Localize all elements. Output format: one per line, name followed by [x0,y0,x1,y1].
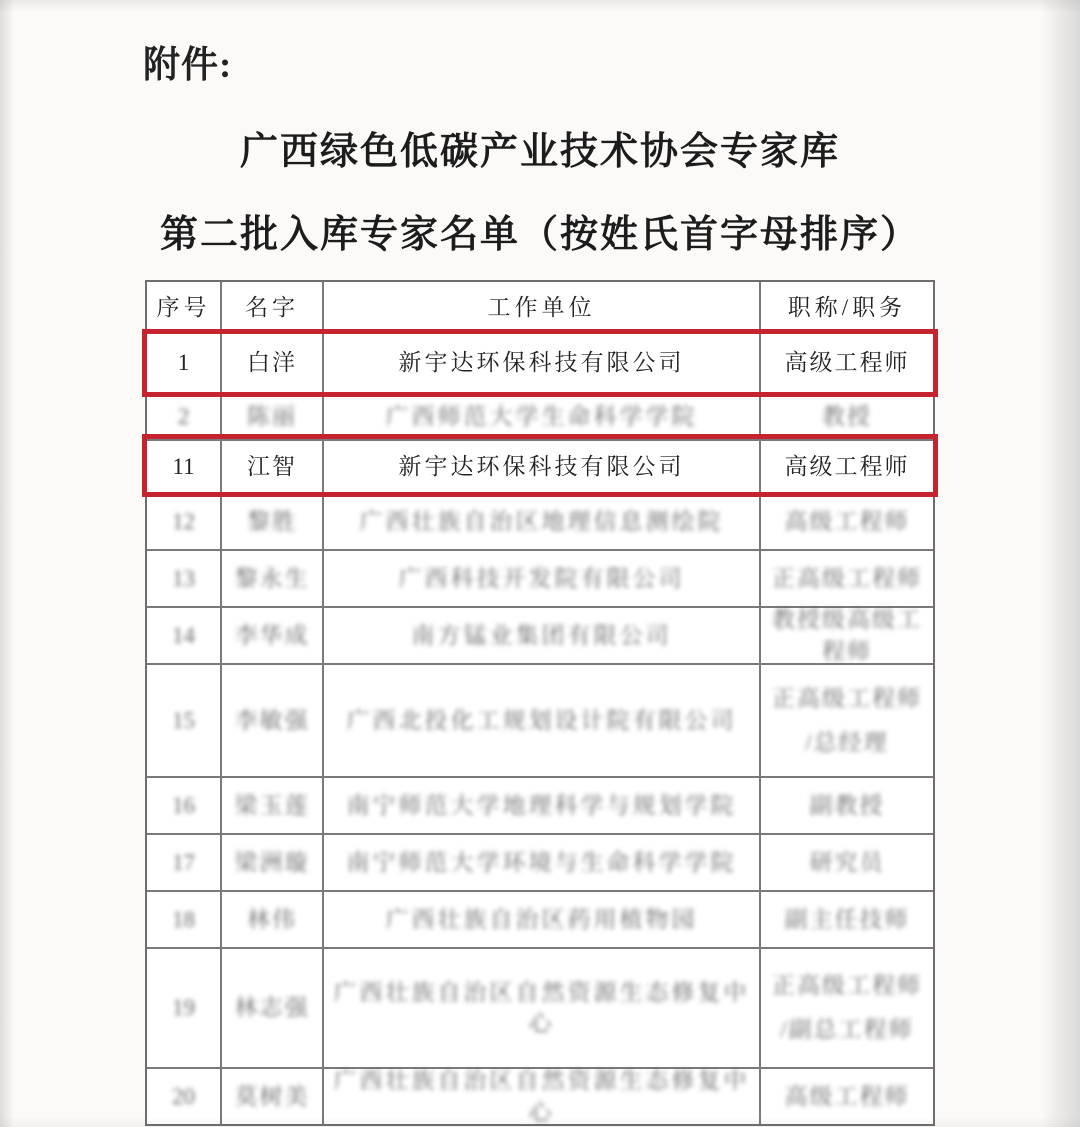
job-title-line: /总经理 [805,721,888,765]
serial-number: 19 [172,992,195,1023]
header-label: 名字 [245,292,299,323]
job-title-line: 正高级工程师 [772,964,922,1008]
work-unit: 广西师范大学生命科学学院 [386,401,698,432]
cell-job-title: 高级工程师 [759,441,933,492]
cell-expert-name: 黎胜 [220,494,322,549]
cell-work-unit: 广西北投化工规划设计院有限公司 [322,665,759,776]
cell-work-unit: 新宇达环保科技有限公司 [322,334,759,392]
cell-work-unit: 南方锰业集团有限公司 [322,608,759,663]
cell-job-title: 副主任技师 [759,892,933,947]
job-title-line: 教授级高级工程师 [765,604,929,666]
cell-expert-name: 李华成 [220,608,322,663]
table-row: 17梁洲璇南宁师范大学环境与生命科学学院研究员 [147,833,933,890]
cell-expert-name: 梁玉莲 [220,778,322,833]
serial-number: 16 [172,790,195,821]
table-row: 18林伟广西壮族自治区药用植物园副主任技师 [147,890,933,947]
header-cell-no: 序号 [147,282,220,334]
expert-name: 梁洲璇 [235,847,310,878]
cell-job-title: 正高级工程师/总经理 [759,665,933,776]
cell-work-unit: 南宁师范大学地理科学与规划学院 [322,778,759,833]
job-title-line: 教授 [822,401,872,432]
work-unit: 新宇达环保科技有限公司 [399,347,685,378]
expert-name: 李敏强 [235,705,310,736]
work-unit: 广西科技开发院有限公司 [399,563,685,594]
job-title-line: 研究员 [810,847,885,878]
cell-job-title: 教授级高级工程师 [759,608,933,663]
table-row: 1白洋新宇达环保科技有限公司高级工程师 [147,334,933,392]
job-title-line: 副主任技师 [785,904,910,935]
cell-expert-name: 陈丽 [220,394,322,439]
cell-job-title: 正高级工程师 [759,551,933,606]
cell-expert-name: 李敏强 [220,665,322,776]
cell-job-title: 高级工程师 [759,334,933,392]
cell-work-unit: 广西壮族自治区地理信息测绘院 [322,494,759,549]
expert-name: 林志强 [235,992,310,1023]
work-unit: 南宁师范大学环境与生命科学学院 [347,847,737,878]
cell-expert-name: 林伟 [220,892,322,947]
header-label: 职称/职务 [788,292,906,323]
cell-expert-name: 江智 [220,441,322,492]
serial-number: 18 [172,904,195,935]
cell-work-unit: 南宁师范大学环境与生命科学学院 [322,835,759,890]
cell-job-title: 研究员 [759,835,933,890]
serial-number: 17 [172,847,195,878]
cell-serial-number: 2 [147,394,220,439]
serial-number: 11 [172,451,194,482]
header-cell-title: 职称/职务 [759,282,933,334]
cell-serial-number: 13 [147,551,220,606]
cell-work-unit: 新宇达环保科技有限公司 [322,441,759,492]
expert-name: 梁玉莲 [235,790,310,821]
expert-name: 白洋 [247,347,297,378]
expert-name: 莫树美 [235,1081,310,1112]
serial-number: 13 [172,563,195,594]
cell-serial-number: 14 [147,608,220,663]
job-title-line: 副教授 [810,790,885,821]
job-title-line: 高级工程师 [785,451,910,482]
cell-serial-number: 15 [147,665,220,776]
cell-serial-number: 16 [147,778,220,833]
expert-name: 江智 [247,451,297,482]
cell-work-unit: 广西师范大学生命科学学院 [322,394,759,439]
work-unit: 广西壮族自治区自然资源生态修复中心 [328,1065,755,1127]
attachment-label: 附件: [143,34,232,88]
cell-serial-number: 11 [147,441,220,492]
serial-number: 1 [178,347,190,378]
work-unit: 广西壮族自治区自然资源生态修复中心 [328,977,755,1039]
header-cell-unit: 工作单位 [322,282,759,334]
table-row: 16梁玉莲南宁师范大学地理科学与规划学院副教授 [147,776,933,833]
serial-number: 15 [172,705,195,736]
work-unit: 广西北投化工规划设计院有限公司 [347,705,737,736]
job-title-line: 正高级工程师 [772,563,922,594]
table-row: 15李敏强广西北投化工规划设计院有限公司正高级工程师/总经理 [147,663,933,776]
table-row: 20莫树美广西壮族自治区自然资源生态修复中心高级工程师 [147,1067,933,1124]
cell-expert-name: 莫树美 [220,1069,322,1124]
job-title-line: 高级工程师 [785,506,910,537]
job-title-line: 高级工程师 [785,347,910,378]
table-row: 19林志强广西壮族自治区自然资源生态修复中心正高级工程师/副总工程师 [147,947,933,1067]
cell-job-title: 高级工程师 [759,1069,933,1124]
document-page: 附件: 广西绿色低碳产业技术协会专家库 第二批入库专家名单（按姓氏首字母排序） … [0,0,1080,1127]
header-label: 序号 [157,292,211,323]
serial-number: 14 [172,620,195,651]
table-row: 13黎永生广西科技开发院有限公司正高级工程师 [147,549,933,606]
job-title-line: /副总工程师 [780,1008,913,1052]
work-unit: 南宁师范大学地理科学与规划学院 [347,790,737,821]
cell-expert-name: 林志强 [220,949,322,1067]
table-row: 12黎胜广西壮族自治区地理信息测绘院高级工程师 [147,492,933,549]
header-label: 工作单位 [488,292,596,323]
table-header-row: 序号 名字 工作单位 职称/职务 [147,282,933,334]
header-cell-name: 名字 [220,282,322,334]
cell-expert-name: 梁洲璇 [220,835,322,890]
expert-name: 黎胜 [247,506,297,537]
serial-number: 12 [172,506,195,537]
expert-table: 序号 名字 工作单位 职称/职务 1白洋新宇达环保科技有限公司高级工程师2陈丽广… [145,280,935,1126]
cell-serial-number: 1 [147,334,220,392]
cell-serial-number: 18 [147,892,220,947]
cell-work-unit: 广西壮族自治区自然资源生态修复中心 [322,949,759,1067]
cell-job-title: 教授 [759,394,933,439]
table-row: 14李华成南方锰业集团有限公司教授级高级工程师 [147,606,933,663]
cell-job-title: 副教授 [759,778,933,833]
expert-name: 李华成 [235,620,310,651]
work-unit: 广西壮族自治区地理信息测绘院 [360,506,724,537]
cell-expert-name: 白洋 [220,334,322,392]
expert-name: 陈丽 [247,401,297,432]
cell-serial-number: 17 [147,835,220,890]
cell-work-unit: 广西壮族自治区自然资源生态修复中心 [322,1069,759,1124]
work-unit: 广西壮族自治区药用植物园 [386,904,698,935]
cell-job-title: 正高级工程师/副总工程师 [759,949,933,1067]
expert-name: 林伟 [247,904,297,935]
work-unit: 南方锰业集团有限公司 [412,620,672,651]
cell-serial-number: 20 [147,1069,220,1124]
job-title-line: 高级工程师 [785,1081,910,1112]
expert-name: 黎永生 [235,563,310,594]
work-unit: 新宇达环保科技有限公司 [399,451,685,482]
cell-work-unit: 广西壮族自治区药用植物园 [322,892,759,947]
serial-number: 20 [172,1081,195,1112]
cell-work-unit: 广西科技开发院有限公司 [322,551,759,606]
document-title-line1: 广西绿色低碳产业技术协会专家库 [0,120,1080,175]
document-title-line2: 第二批入库专家名单（按姓氏首字母排序） [0,203,1080,258]
serial-number: 2 [178,401,190,432]
cell-serial-number: 19 [147,949,220,1067]
cell-serial-number: 12 [147,494,220,549]
table-row: 2陈丽广西师范大学生命科学学院教授 [147,392,933,439]
cell-job-title: 高级工程师 [759,494,933,549]
table-row: 11江智新宇达环保科技有限公司高级工程师 [147,439,933,492]
job-title-line: 正高级工程师 [772,677,922,721]
cell-expert-name: 黎永生 [220,551,322,606]
